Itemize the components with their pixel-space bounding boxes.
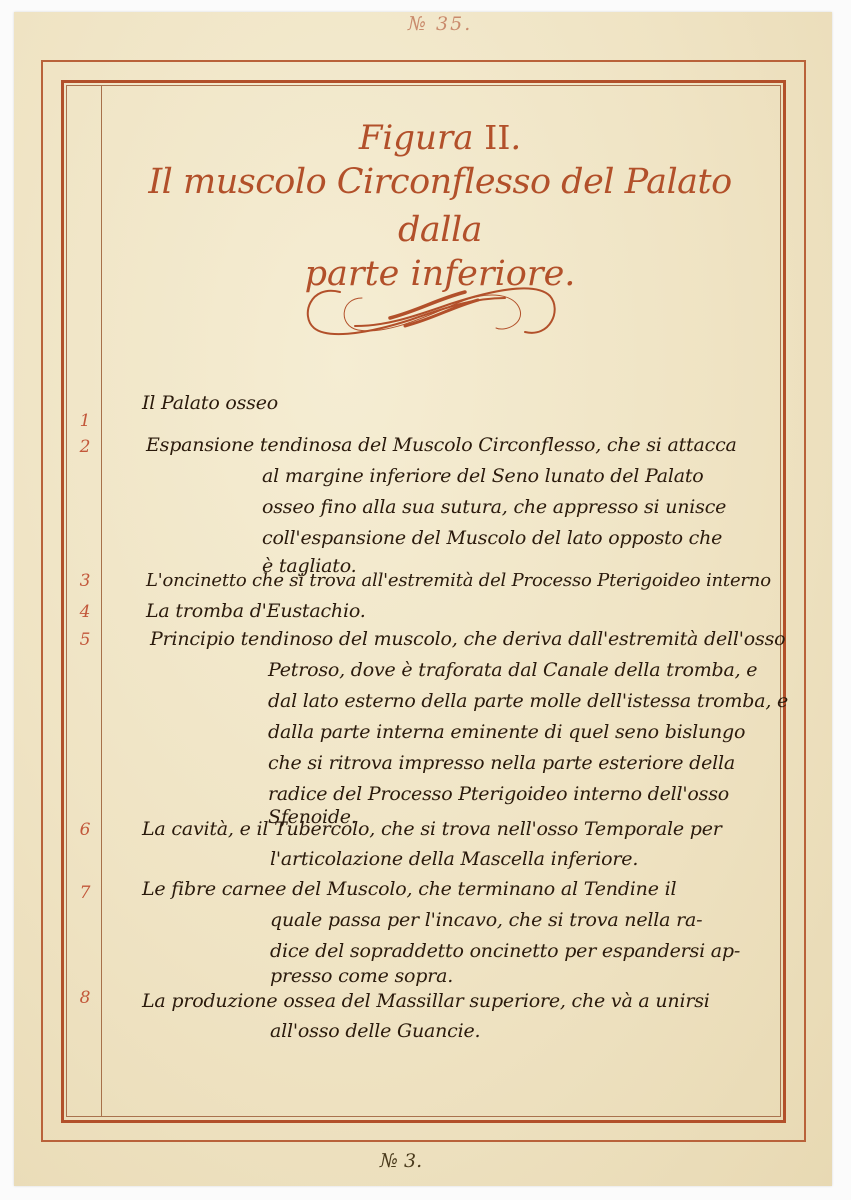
- entry-number-3: 3: [72, 571, 98, 591]
- entry-5-line-3: dal lato esterno della parte molle dell'…: [268, 690, 788, 712]
- entry-1-line-1: Il Palato osseo: [142, 392, 278, 414]
- entry-1-text: Il Palato osseo: [142, 392, 278, 414]
- entry-5-line-4: dalla parte interna eminente di quel sen…: [268, 721, 745, 743]
- figure-numeral: II: [484, 118, 510, 157]
- entry-7-line-2: quale passa per l'incavo, che si trova n…: [270, 909, 702, 931]
- entry-5-line-6: radice del Processo Pterigoideo interno …: [268, 783, 729, 805]
- entry-number-6: 6: [72, 820, 98, 840]
- entry-number-8: 8: [72, 988, 98, 1008]
- entry-number-7: 7: [72, 883, 98, 903]
- entry-4-line-1: La tromba d'Eustachio.: [146, 600, 366, 622]
- entry-2-line-1: Espansione tendinosa del Muscolo Circonf…: [146, 434, 737, 456]
- margin-rule: [101, 86, 102, 1116]
- entry-number-5: 5: [72, 630, 98, 650]
- entry-7-line-1: Le fibre carnee del Muscolo, che termina…: [142, 878, 676, 900]
- catchword: № 3.: [380, 1150, 422, 1172]
- entry-5-line-5: che si ritrova impresso nella parte este…: [268, 752, 735, 774]
- entry-number-4: 4: [72, 602, 98, 622]
- entry-5-line-2: Petroso, dove è traforata dal Canale del…: [268, 659, 757, 681]
- entry-number-1: 1: [72, 411, 98, 431]
- entry-2-line-4: coll'espansione del Muscolo del lato opp…: [262, 527, 722, 549]
- calligraphic-flourish-icon: [300, 280, 560, 342]
- entry-number-2: 2: [72, 437, 98, 457]
- title-block: Figura II. Il muscolo Circonflesso del P…: [120, 118, 760, 294]
- figure-suffix: .: [510, 118, 521, 158]
- entry-6-line-1: La cavità, e il Tubercolo, che si trova …: [142, 818, 722, 840]
- entry-8-line-1: La produzione ossea del Massillar superi…: [142, 990, 710, 1012]
- figure-word: Figura: [359, 118, 474, 158]
- entry-2-line-3: osseo fino alla sua sutura, che appresso…: [262, 496, 726, 518]
- entry-7-line-3: dice del sopraddetto oncinetto per espan…: [270, 940, 740, 962]
- title-line-2: Il muscolo Circonflesso del Palato dalla: [120, 158, 760, 254]
- folio-number: № 35.: [408, 13, 472, 35]
- entry-3-line-1: L'oncinetto che si trova all'estremità d…: [146, 570, 771, 591]
- entry-8-line-2: all'osso delle Guancie.: [270, 1020, 480, 1042]
- entry-7-line-4: presso come sopra.: [270, 965, 453, 987]
- entry-5-line-1: Principio tendinoso del muscolo, che der…: [150, 628, 785, 650]
- figure-heading: Figura II.: [120, 118, 760, 158]
- entry-2-line-2: al margine inferiore del Seno lunato del…: [262, 465, 704, 487]
- entry-6-line-2: l'articolazione della Mascella inferiore…: [270, 848, 638, 870]
